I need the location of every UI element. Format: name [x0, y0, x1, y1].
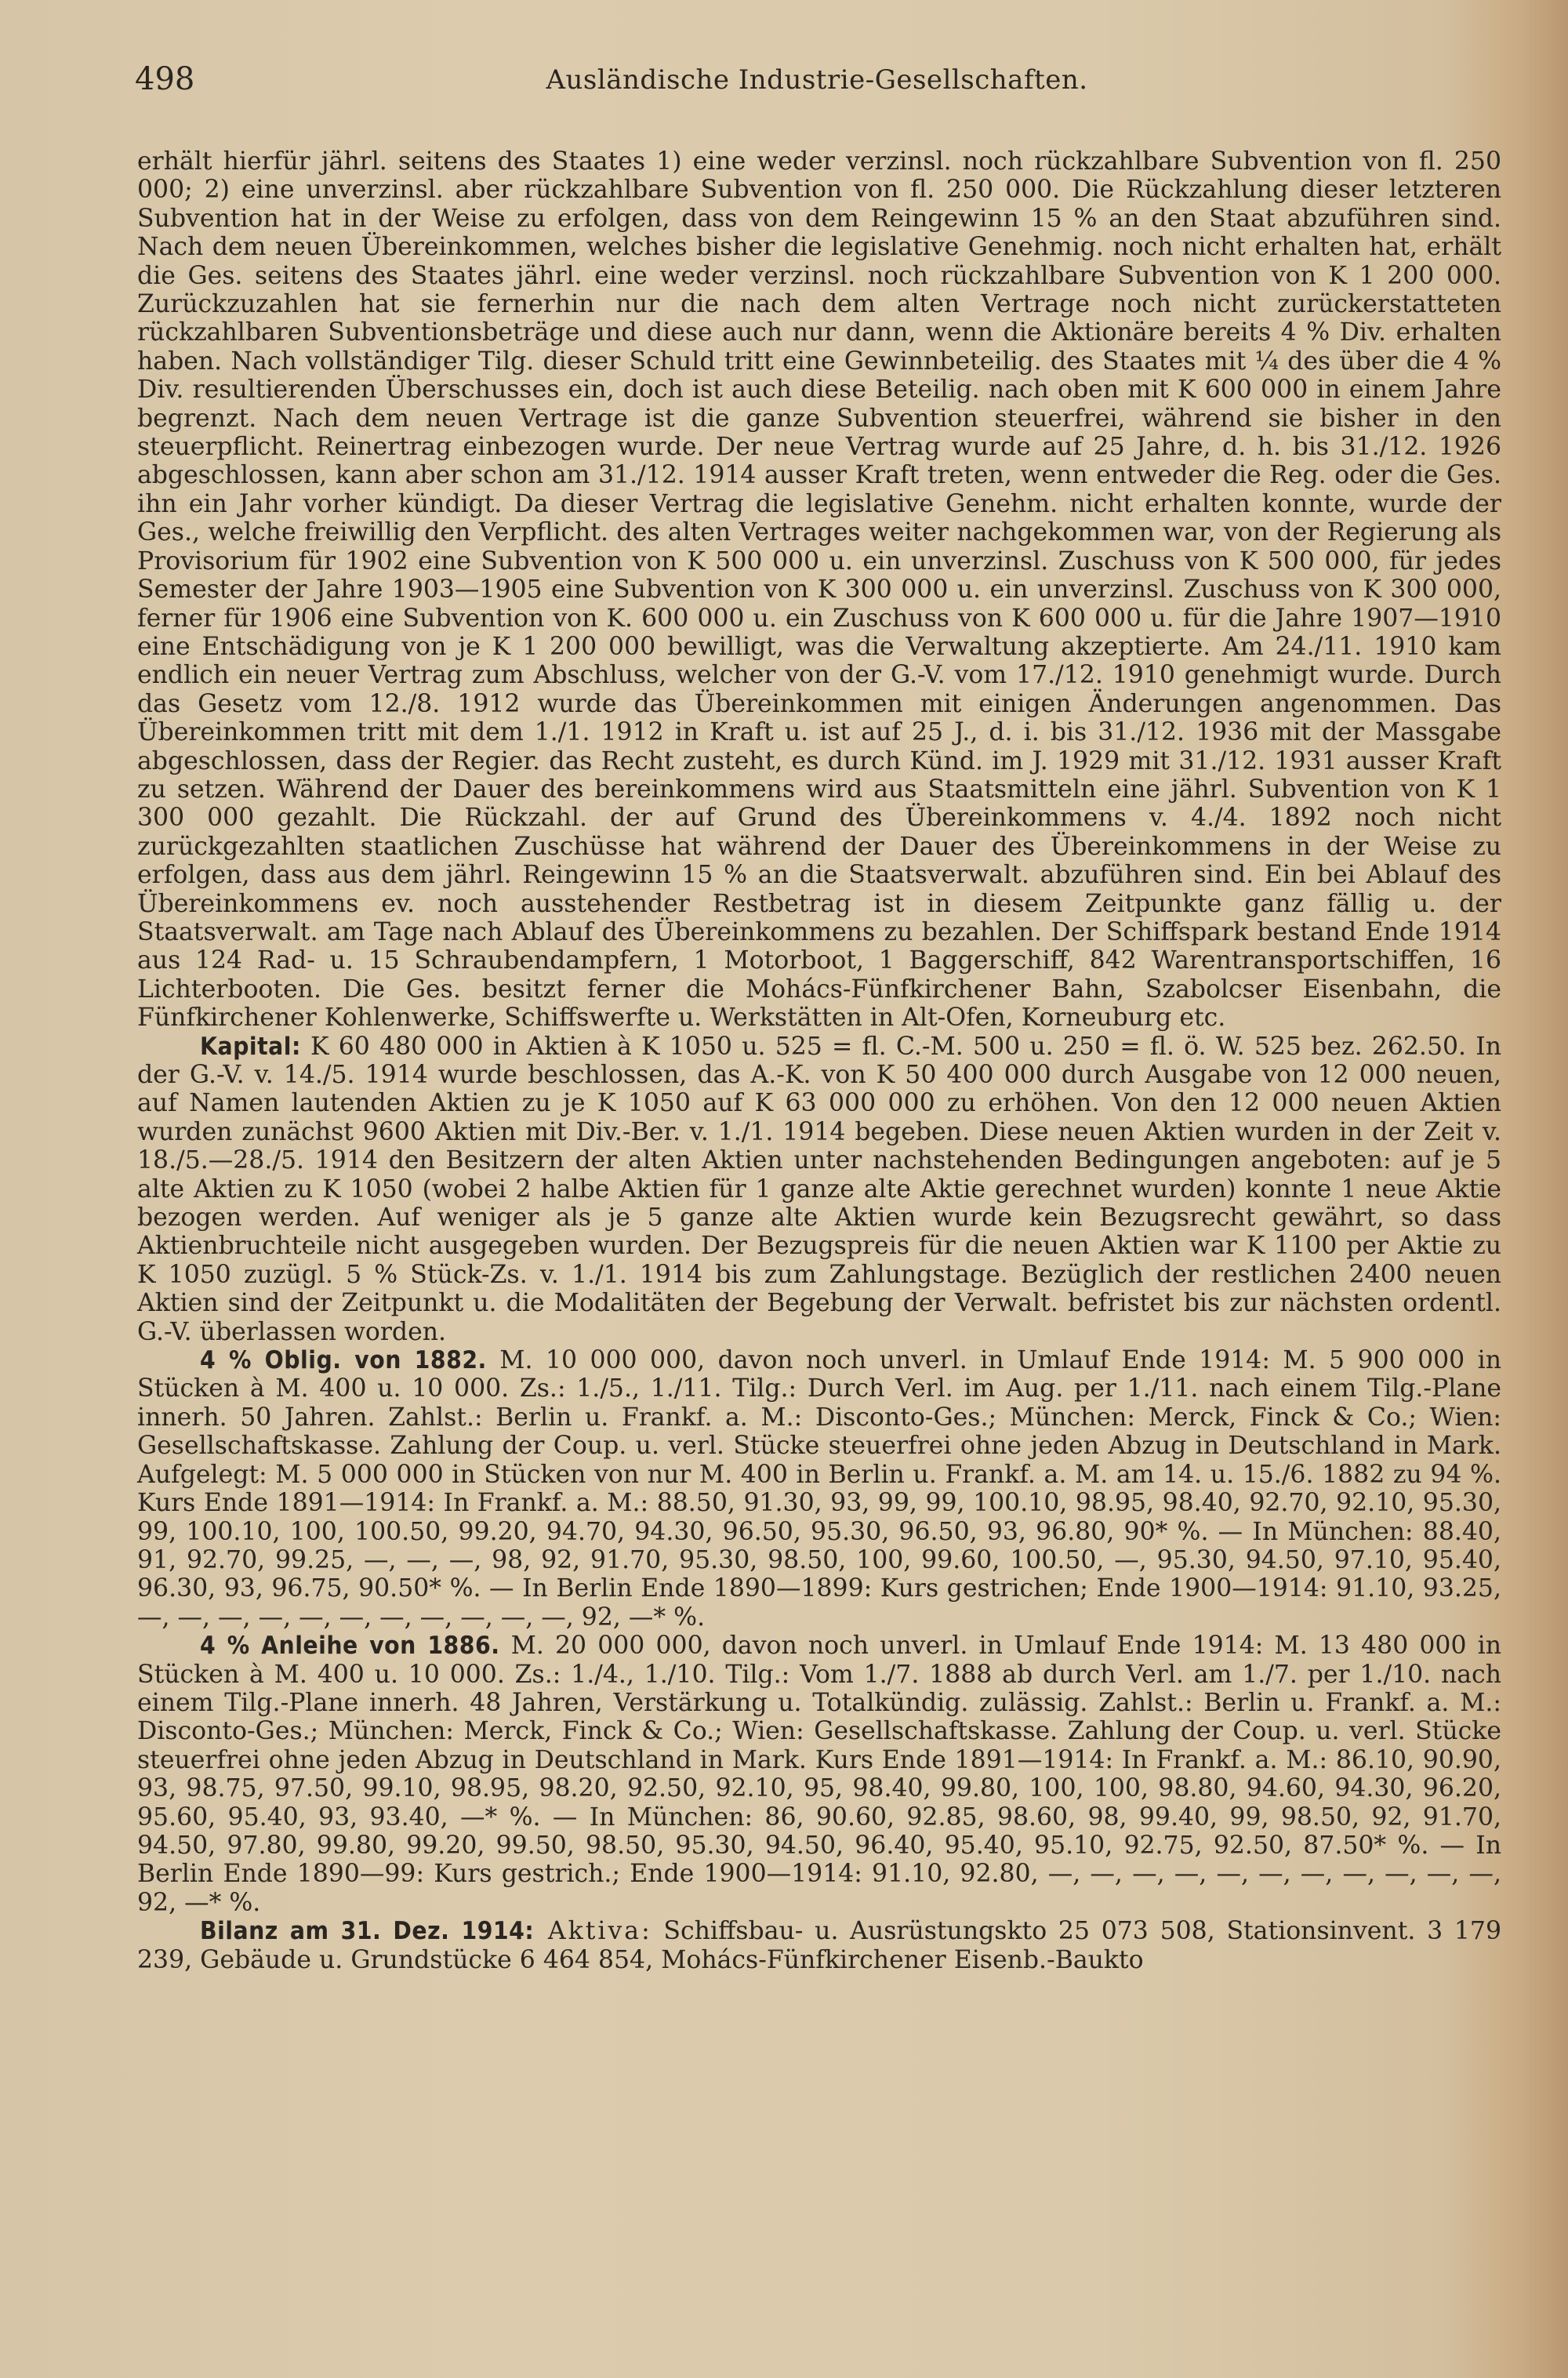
paragraph-text: M. 10 000 000, davon noch unverl. in Uml…	[137, 1346, 1501, 1632]
body-text: erhält hierfür jährl. seitens des Staate…	[137, 147, 1501, 1974]
section-heading-anleihe-1886: 4 % Anleihe von 1886.	[200, 1632, 499, 1660]
paragraph-bilanz: Bilanz am 31. Dez. 1914: Aktiva: Schiffs…	[137, 1917, 1501, 1974]
section-heading-bilanz: Bilanz am 31. Dez. 1914:	[200, 1917, 534, 1945]
paragraph-text: M. 20 000 000, davon noch unverl. in Uml…	[137, 1632, 1501, 1917]
paragraph-kapital: Kapital: K 60 480 000 in Aktien à K 1050…	[137, 1033, 1501, 1346]
page-header: 498 Ausländische Industrie-Gesellschafte…	[135, 61, 1499, 108]
paragraph-oblig-1882: 4 % Oblig. von 1882. M. 10 000 000, davo…	[137, 1346, 1501, 1632]
paragraph-text: K 60 480 000 in Aktien à K 1050 u. 525 =…	[137, 1033, 1501, 1346]
paragraph-anleihe-1886: 4 % Anleihe von 1886. M. 20 000 000, dav…	[137, 1632, 1501, 1917]
aktiva-label: Aktiva:	[534, 1917, 652, 1945]
section-heading-kapital: Kapital:	[200, 1033, 301, 1061]
section-heading-oblig-1882: 4 % Oblig. von 1882.	[200, 1346, 487, 1374]
paragraph-text: erhält hierfür jährl. seitens des Staate…	[137, 147, 1501, 1032]
running-title: Ausländische Industrie-Gesellschaften.	[135, 64, 1499, 96]
paragraph-subvention: erhält hierfür jährl. seitens des Staate…	[137, 147, 1501, 1033]
scanned-page: 498 Ausländische Industrie-Gesellschafte…	[0, 0, 1568, 2378]
